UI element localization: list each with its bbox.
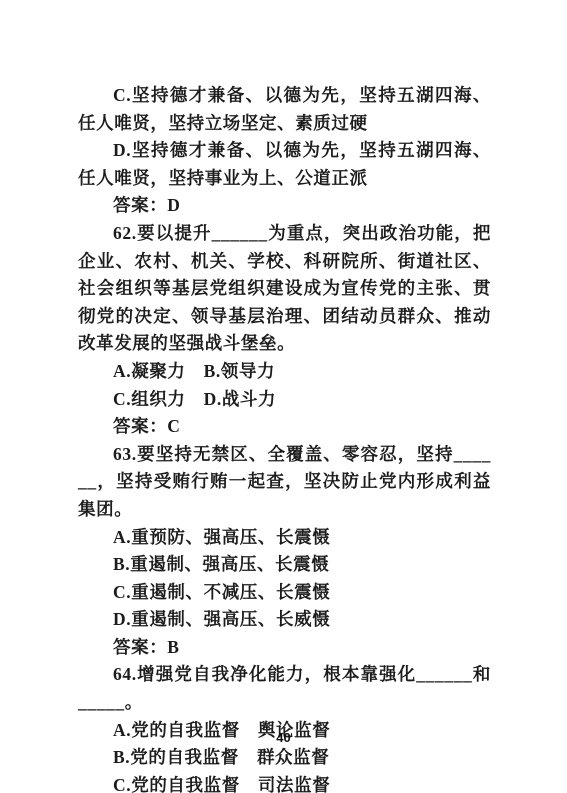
option-line-63c: C.重遏制、不减压、长震慑 xyxy=(78,579,491,607)
option-line-62cd: C.组织力 D.战斗力 xyxy=(78,386,491,414)
option-line-64c: C.党的自我监督 司法监督 xyxy=(78,772,491,793)
option-line-63b: B.重遏制、强高压、长震慑 xyxy=(78,551,491,579)
document-page: C.坚持德才兼备、以德为先，坚持五湖四海、任人唯贤，坚持立场坚定、素质过硬 D.… xyxy=(0,0,567,793)
answer-line-63: 答案：B xyxy=(78,634,491,662)
option-line-61d: D.坚持德才兼备、以德为先，坚持五湖四海、任人唯贤，坚持事业为上、公道正派 xyxy=(78,137,491,192)
option-line-61c: C.坚持德才兼备、以德为先，坚持五湖四海、任人唯贤，坚持立场坚定、素质过硬 xyxy=(78,82,491,137)
option-line-63d: D.重遏制、强高压、长威慑 xyxy=(78,606,491,634)
question-line-63: 63.要坚持无禁区、全覆盖、零容忍，坚持______，坚持受贿行贿一起查，坚决防… xyxy=(78,441,491,524)
question-line-62: 62.要以提升______为重点，突出政治功能，把企业、农村、机关、学校、科研院… xyxy=(78,220,491,358)
option-line-63a: A.重预防、强高压、长震慑 xyxy=(78,524,491,552)
option-line-62ab: A.凝聚力 B.领导力 xyxy=(78,358,491,386)
page-number: 40 xyxy=(0,730,567,745)
answer-line-62: 答案：C xyxy=(78,413,491,441)
question-text-block: C.坚持德才兼备、以德为先，坚持五湖四海、任人唯贤，坚持立场坚定、素质过硬 D.… xyxy=(78,82,491,793)
option-line-64b: B.党的自我监督 群众监督 xyxy=(78,744,491,772)
answer-line-61: 答案：D xyxy=(78,192,491,220)
question-line-64: 64.增强党自我净化能力，根本靠强化______和_____。 xyxy=(78,661,491,716)
